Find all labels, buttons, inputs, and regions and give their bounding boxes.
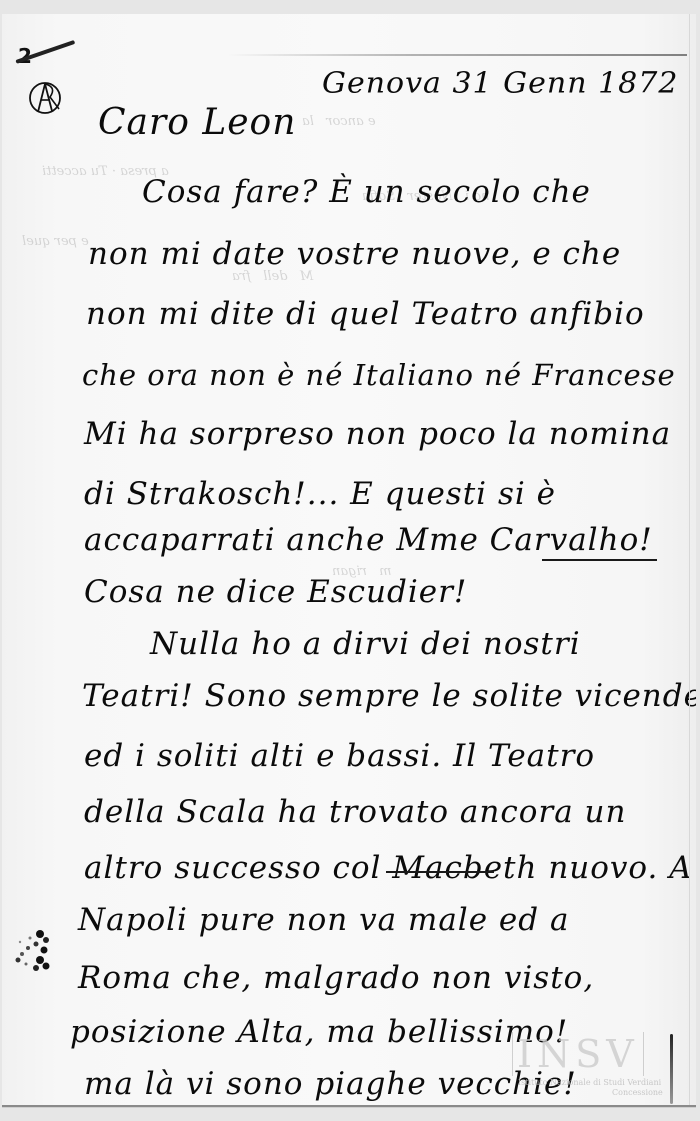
letter-line: Teatri! Sono sempre le solite vicende xyxy=(82,678,696,714)
place-and-date: Genova 31 Genn 1872 xyxy=(322,67,678,100)
salutation: Caro Leon xyxy=(98,102,296,143)
underline-carvalho xyxy=(542,559,657,561)
letter-line: Napoli pure non va male ed a xyxy=(78,902,569,938)
letter-line: altro successo col Macbeth nuovo. A xyxy=(84,850,693,886)
margin-bracket-mark xyxy=(670,1034,673,1104)
letter-line: accaparrati anche Mme Carvalho! xyxy=(84,522,653,558)
letter-line: della Scala ha trovato ancora un xyxy=(84,794,626,830)
letter-line: non mi dite di quel Teatro anfibio xyxy=(86,296,645,332)
ink-stain-mark xyxy=(10,926,52,974)
monogram-stamp-icon xyxy=(26,78,66,118)
letter-line: che ora non è né Italiano né Francese xyxy=(82,358,676,392)
underline-macbeth xyxy=(386,871,494,873)
letter-sheet: a presa · Tu accetti e per quel e ancor … xyxy=(2,14,696,1107)
letter-line: ma là vi sono piaghe vecchie! xyxy=(84,1066,577,1102)
letter-line: Cosa ne dice Escudier! xyxy=(84,574,467,610)
letter-line: Mi ha sorpreso non poco la nomina xyxy=(84,416,671,452)
letter-line: non mi date vostre nuove, e che xyxy=(88,236,621,272)
bleed-through-text: e per quel xyxy=(22,234,89,249)
letter-line: ed i soliti alti e bassi. Il Teatro xyxy=(84,738,595,774)
letter-line: Roma che, malgrado non visto, xyxy=(78,960,594,996)
letter-line: Cosa fare? È un secolo che xyxy=(142,174,591,210)
letter-line: di Strakosch!... E questi si è xyxy=(84,476,556,512)
letter-line: posizione Alta, ma bellissimo! xyxy=(70,1014,568,1050)
bleed-through-text: e ancor la xyxy=(302,114,376,129)
page-top-shadow xyxy=(227,54,687,56)
letter-line: Nulla ho a dirvi dei nostri xyxy=(150,626,581,662)
watermark-concession: Concessione xyxy=(612,1088,663,1097)
